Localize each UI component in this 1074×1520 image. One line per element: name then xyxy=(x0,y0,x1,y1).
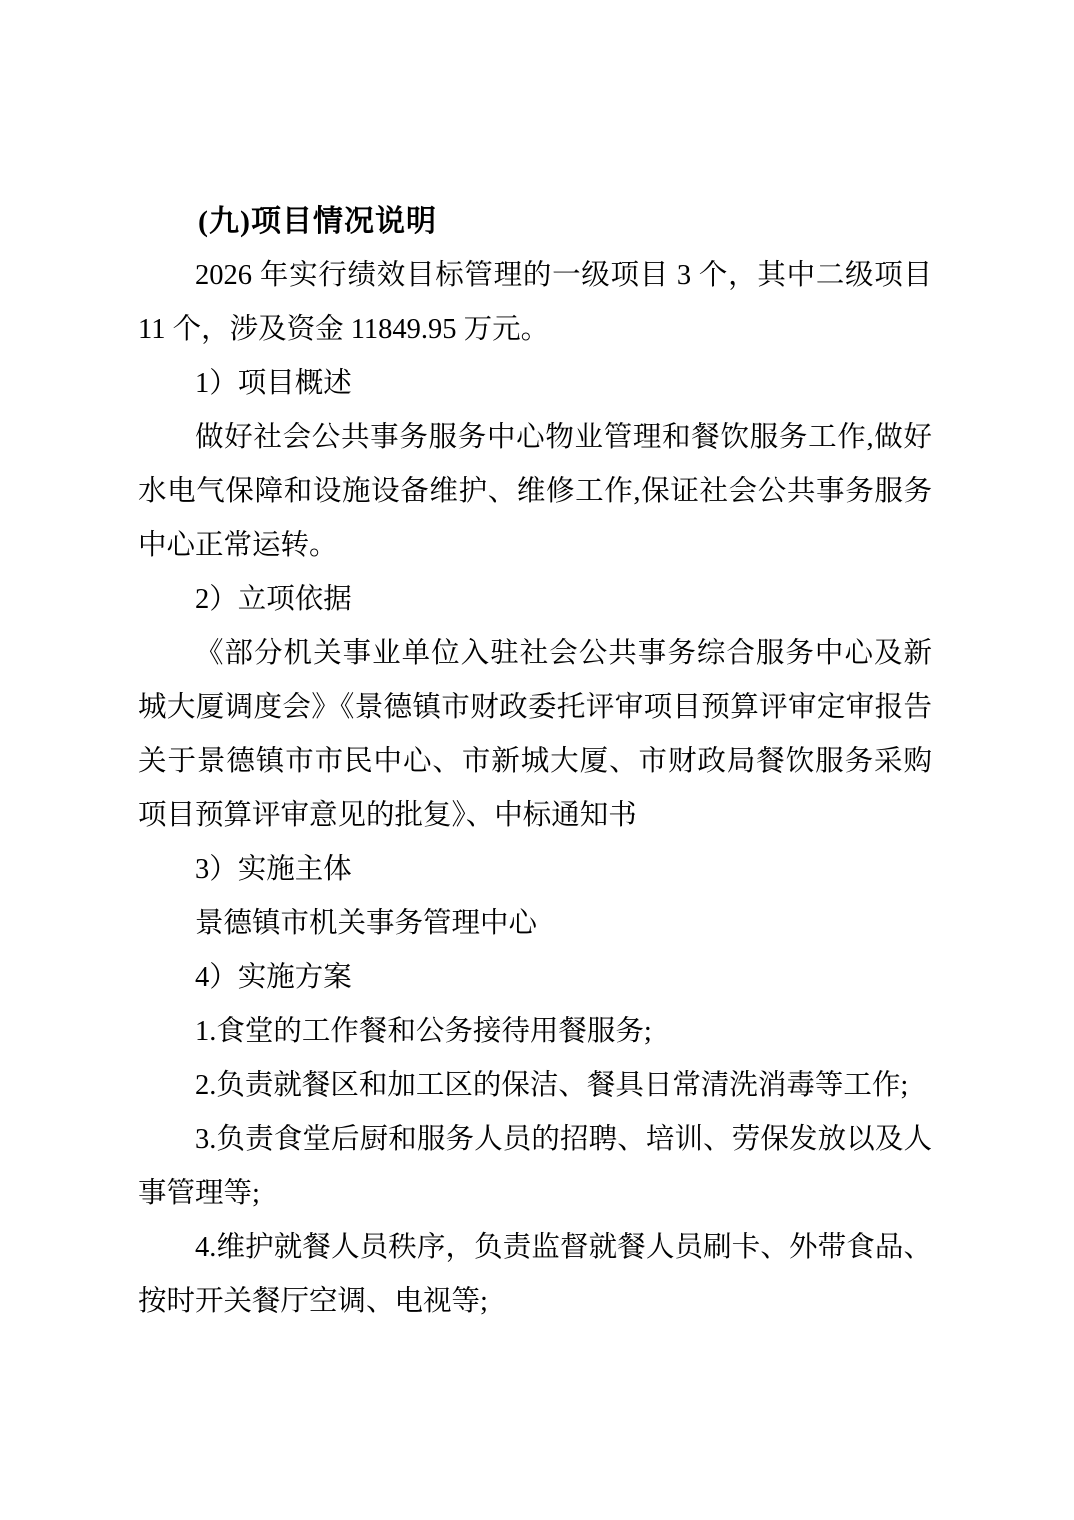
para-plan-item-3: 3.负责食堂后厨和服务人员的招聘、培训、劳保发放以及人事管理等; xyxy=(138,1113,932,1221)
subheading-implementing-entity: 3）实施主体 xyxy=(138,843,932,897)
para-plan-item-4: 4.维护就餐人员秩序，负责监督就餐人员刷卡、外带食品、按时开关餐厅空调、电视等; xyxy=(138,1221,932,1329)
para-project-summary-stats: 2026 年实行绩效目标管理的一级项目 3 个，其中二级项目 11 个，涉及资金… xyxy=(138,249,932,357)
subheading-project-overview: 1）项目概述 xyxy=(138,357,932,411)
subheading-approval-basis: 2）立项依据 xyxy=(138,573,932,627)
para-implementing-entity-body: 景德镇市机关事务管理中心 xyxy=(138,897,932,951)
para-approval-basis-body: 《部分机关事业单位入驻社会公共事务综合服务中心及新城大厦调度会》《景德镇市财政委… xyxy=(138,627,932,843)
subheading-implementation-plan: 4）实施方案 xyxy=(138,951,932,1005)
para-project-overview-body: 做好社会公共事务服务中心物业管理和餐饮服务工作,做好水电气保障和设施设备维护、维… xyxy=(138,411,932,573)
para-plan-item-2: 2.负责就餐区和加工区的保洁、餐具日常清洗消毒等工作; xyxy=(138,1059,932,1113)
section-heading: (九)项目情况说明 xyxy=(138,195,932,249)
para-plan-item-1: 1.食堂的工作餐和公务接待用餐服务; xyxy=(138,1005,932,1059)
document-page: (九)项目情况说明 2026 年实行绩效目标管理的一级项目 3 个，其中二级项目… xyxy=(0,0,1074,1520)
